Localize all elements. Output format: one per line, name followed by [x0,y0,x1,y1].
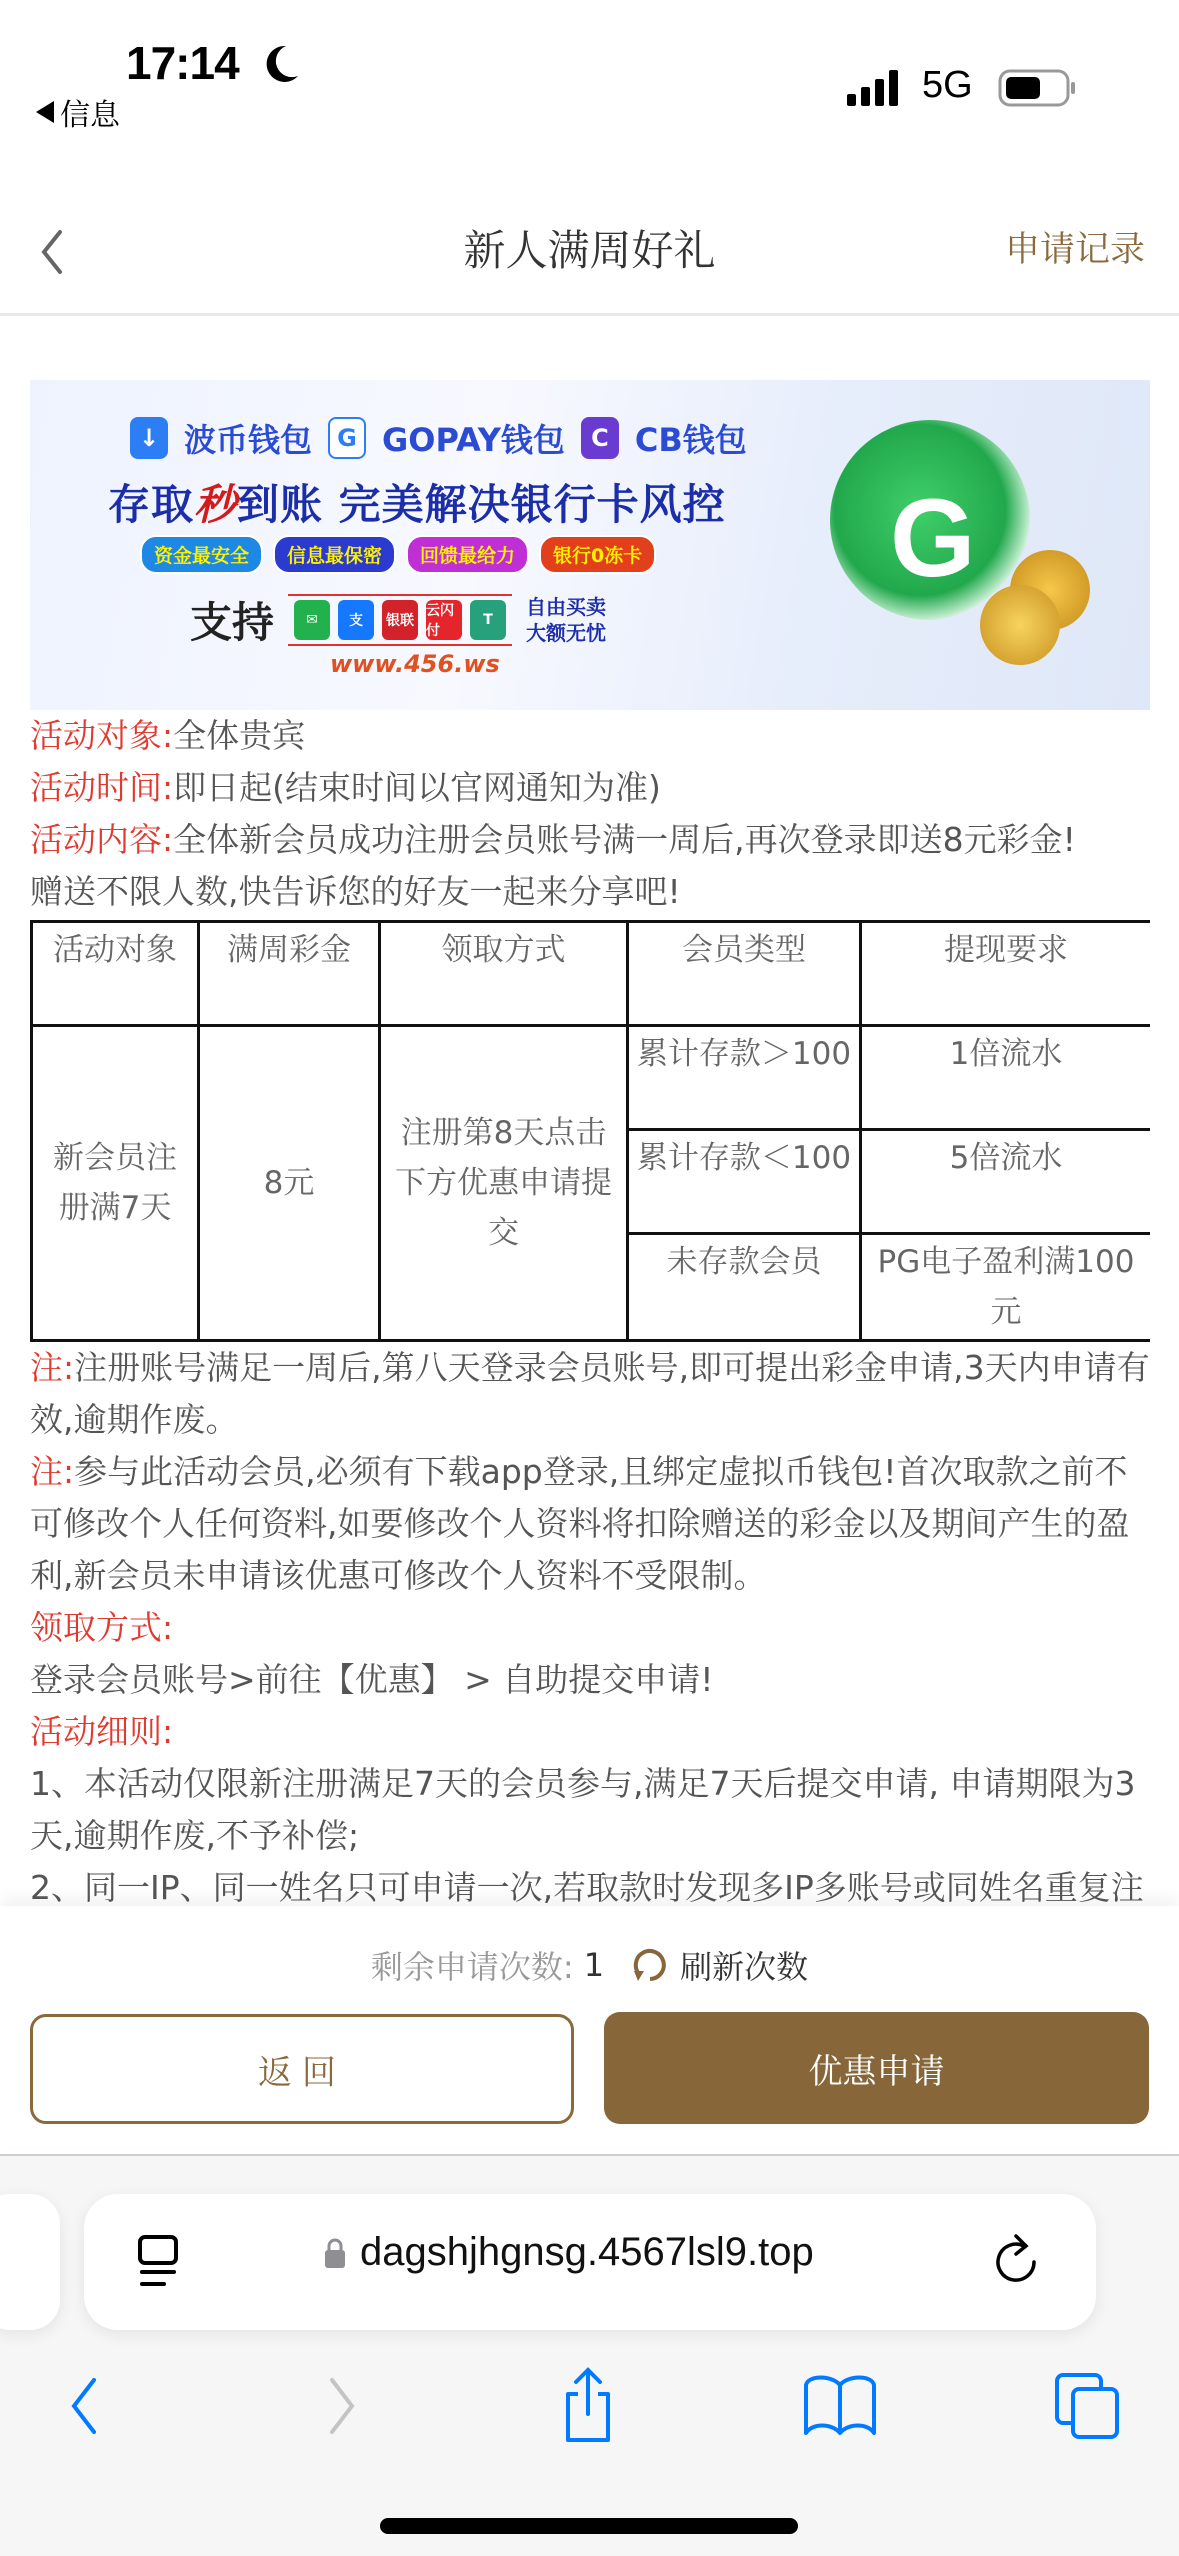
browser-back-button[interactable] [46,2366,126,2446]
rule-item: 2、同一IP、同一姓名只可申请一次,若取款时发现多IP多账号或同姓名重复注册申请… [30,1862,1150,1905]
note-2: 注:参与此活动会员,必须有下载app登录,且绑定虚拟币钱包!首次取款之前不可修改… [30,1446,1150,1602]
browser-forward-button[interactable] [300,2366,380,2446]
table-cell-requirement: 5倍流水 [861,1130,1151,1234]
url-text: dagshjhgnsg.4567lsl9.top [360,2230,814,2275]
banner-pill: 银行0冻卡 [539,535,656,574]
share-button[interactable] [548,2366,628,2446]
action-bar: 剩余申请次数: 1 刷新次数 返回 优惠申请 [0,1906,1179,2146]
remaining-label: 剩余申请次数: [371,1942,574,1988]
application-records-link[interactable]: 申请记录 [1005,222,1145,272]
tabs-button[interactable] [1048,2366,1128,2446]
table-header-row: 活动对象 满周彩金 领取方式 会员类型 提现要求 [32,922,1151,1026]
page-title: 新人满周好礼 [0,218,1179,278]
promo-banner: ↓ 波币钱包 G GOPAY钱包 C CB钱包 存取秒到账 完美解决银行卡风控 … [30,380,1150,710]
refresh-label: 刷新次数 [680,1942,808,1988]
status-bar: 17:14 信息 5G [0,0,1179,150]
apply-promotion-button[interactable]: 优惠申请 [604,2012,1149,2124]
table-cell-bonus: 8元 [199,1026,380,1341]
back-triangle-icon [36,101,54,123]
rule-item: 1、本活动仅限新注册满足7天的会员参与,满足7天后提交申请, 申请期限为3天,逾… [30,1758,1150,1862]
claim-label: 领取方式: [30,1602,1150,1654]
book-icon [802,2371,878,2441]
remaining-count: 1 [584,1946,604,1984]
rules-label: 活动细则: [30,1706,1150,1758]
free-trade-text: 自由买卖 大额无忧 [526,594,606,646]
table-cell-requirement: PG电子盈利满100元 [861,1234,1151,1341]
table-row: 新会员注册满7天 8元 注册第8天点击下方优惠申请提交 累计存款＞100 1倍流… [32,1026,1151,1130]
quickpass-icon: 云闪付 [426,600,462,640]
table-cell-member-type: 未存款会员 [628,1234,861,1341]
table-cell-member-type: 累计存款＞100 [628,1026,861,1130]
tether-icon: T [470,600,506,640]
reload-icon[interactable] [994,2232,1044,2290]
activity-content-2: 赠送不限人数,快告诉您的好友一起来分享吧! [30,866,1150,918]
table-header: 会员类型 [628,922,861,1026]
table-header: 活动对象 [32,922,199,1026]
bobi-wallet-icon: ↓ [130,417,168,459]
refresh-icon [630,1945,670,1985]
wechat-pay-icon: ✉ [294,600,330,640]
table-header: 提现要求 [861,922,1151,1026]
back-to-app-link[interactable]: 信息 [36,90,120,134]
page-menu-icon[interactable] [136,2234,180,2290]
back-button[interactable]: 返回 [30,2014,574,2124]
activity-time: 活动时间:即日起(结束时间以官网通知为准) [30,762,1150,814]
banner-pills: 资金最安全 信息最保密 回馈最给力 银行0冻卡 [140,535,656,574]
bitcoin-coin-icon [980,585,1060,665]
signal-bars-icon [845,68,905,108]
banner-pill: 回馈最给力 [406,535,529,574]
table-cell-member-type: 累计存款＜100 [628,1130,861,1234]
table-header: 满周彩金 [199,922,380,1026]
activity-target: 活动对象:全体贵宾 [30,710,1150,762]
bookmarks-button[interactable] [800,2366,880,2446]
wallet-list: ↓ 波币钱包 G GOPAY钱包 C CB钱包 [130,415,747,461]
gopay-wallet-icon: G [328,417,366,459]
refresh-count-button[interactable]: 刷新次数 [630,1942,808,1988]
g-logo-icon: G [890,475,976,602]
home-indicator [380,2518,798,2534]
moon-icon [262,44,300,84]
note-1: 注:注册账号满足一周后,第八天登录会员账号,即可提出彩金申请,3天内申请有效,逾… [30,1342,1150,1446]
chevron-right-icon [320,2376,360,2436]
previous-tab-peek[interactable] [0,2194,60,2330]
alipay-icon: 支 [338,600,374,640]
browser-toolbar: dagshjhgnsg.4567lsl9.top [0,2154,1179,2556]
chevron-left-icon [66,2376,106,2436]
table-cell-requirement: 1倍流水 [861,1026,1151,1130]
status-time: 17:14 [126,36,239,90]
lock-icon [324,2237,346,2269]
battery-icon [998,68,1078,108]
share-icon [558,2366,618,2446]
table-header: 领取方式 [380,922,628,1026]
network-type: 5G [922,64,973,107]
address-bar[interactable]: dagshjhgnsg.4567lsl9.top [84,2194,1096,2330]
support-row: 支持 ✉ 支 银联 云闪付 T 自由买卖 大额无忧 [190,590,606,650]
banner-site: www.456.ws [330,650,500,678]
page-header: 新人满周好礼 申请记录 [0,190,1179,316]
promo-content[interactable]: ↓ 波币钱包 G GOPAY钱包 C CB钱包 存取秒到账 完美解决银行卡风控 … [30,380,1150,1905]
claim-text: 登录会员账号>前往【优惠】 > 自助提交申请! [30,1654,1150,1706]
payment-methods: ✉ 支 银联 云闪付 T [288,594,512,646]
banner-headline: 存取秒到账 完美解决银行卡风控 [108,472,726,532]
wallet-label: CB钱包 [635,415,747,461]
table-cell-claim: 注册第8天点击下方优惠申请提交 [380,1026,628,1341]
url-display[interactable]: dagshjhgnsg.4567lsl9.top [324,2230,814,2275]
wallet-label: GOPAY钱包 [382,415,565,461]
remaining-applications: 剩余申请次数: 1 刷新次数 [0,1942,1179,1988]
wallet-label: 波币钱包 [184,415,312,461]
cb-wallet-icon: C [581,417,619,459]
back-app-label: 信息 [60,90,120,134]
activity-content: 活动内容:全体新会员成功注册会员账号满一周后,再次登录即送8元彩金! [30,814,1150,866]
banner-pill: 信息最保密 [273,535,396,574]
unionpay-icon: 银联 [382,600,418,640]
rules-table: 活动对象 满周彩金 领取方式 会员类型 提现要求 新会员注册满7天 8元 注册第… [30,920,1150,1342]
table-cell-target: 新会员注册满7天 [32,1026,199,1341]
banner-pill: 资金最安全 [140,535,263,574]
tabs-icon [1053,2371,1123,2441]
